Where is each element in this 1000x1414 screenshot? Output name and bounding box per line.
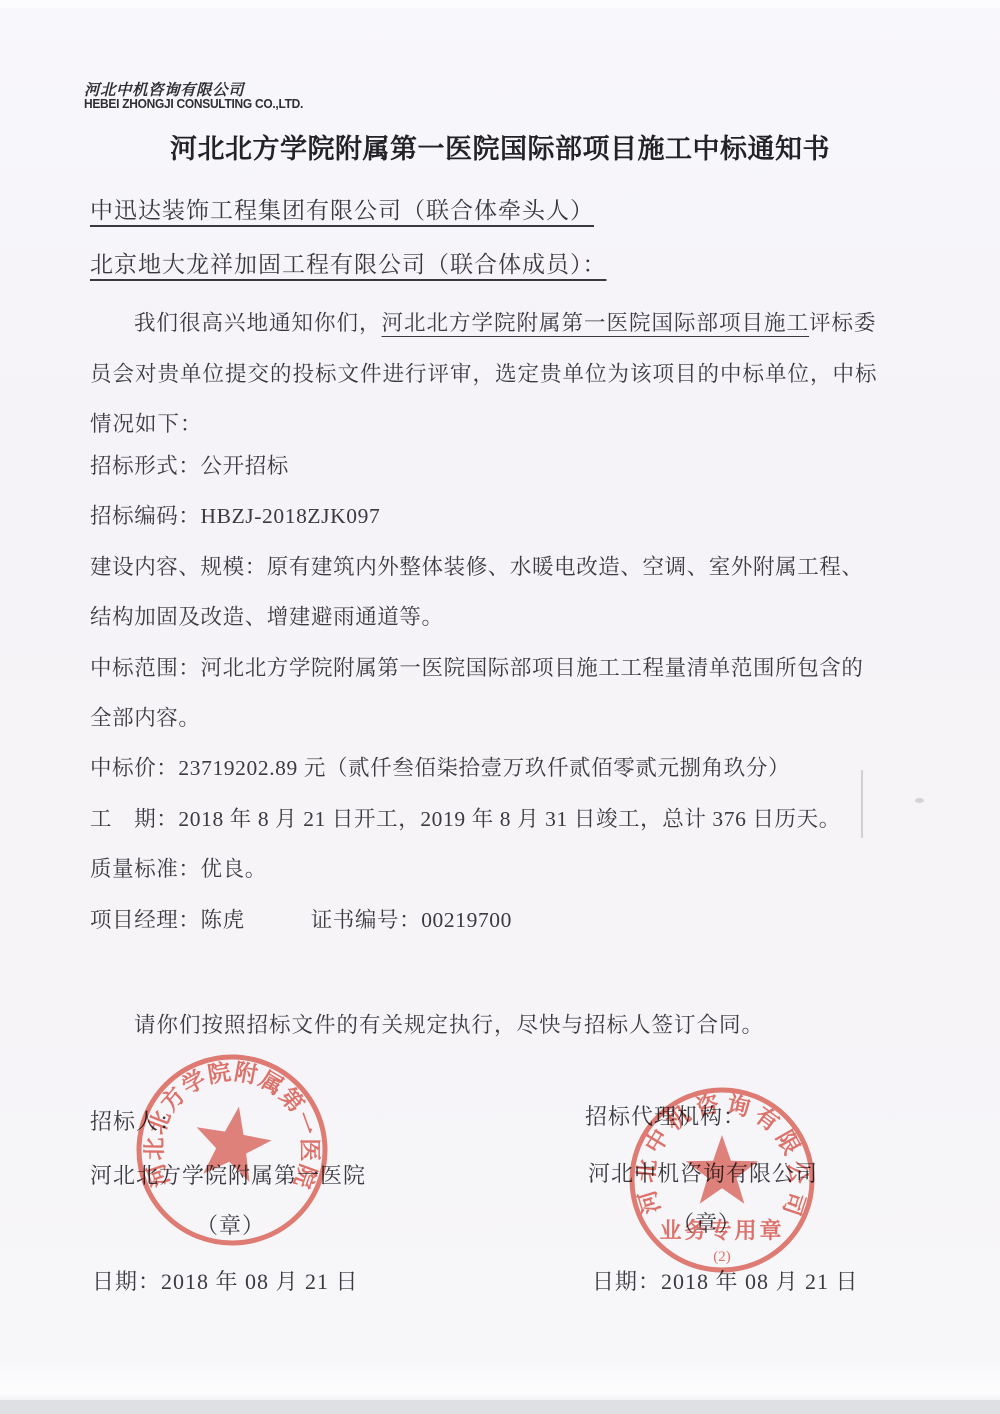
certificate-number: 证书编号：00219700	[311, 908, 512, 932]
tenderee-red-seal-stamp: 河北北方学院附属第一医院	[134, 1052, 330, 1248]
seal-star-icon	[686, 1135, 758, 1204]
intro-line1-post: 评标委	[809, 311, 877, 335]
detail-award-range-line-1: 中标范围：河北北方学院附属第一医院国际部项目施工工程量清单范围所包含的	[90, 643, 940, 693]
detail-award-range-line-2: 全部内容。	[90, 693, 940, 743]
agency-seal-number: (2)	[713, 1249, 731, 1265]
detail-award-price: 中标价：23719202.89 元（贰仟叁佰柒拾壹万玖仟贰佰零贰元捌角玖分）	[90, 743, 940, 793]
detail-scope-line-1: 建设内容、规模：原有建筑内外整体装修、水暖电改造、空调、室外附属工程、	[90, 542, 940, 592]
closing-text: 请你们按照招标文件的有关规定执行，尽快与招标人签订合同。	[134, 1013, 764, 1037]
company-logo-english: HEBEI ZHONGJI CONSULTING CO.,LTD.	[84, 96, 303, 111]
intro-line-2: 员会对贵单位提交的投标文件进行评审，选定贵单位为该项目的中标单位，中标	[90, 349, 926, 400]
detail-tender-code: 招标编码：HBZJ-2018ZJK097	[90, 491, 940, 541]
addressee-member-company: 北京地大龙祥加固工程有限公司（联合体成员）：	[90, 246, 607, 279]
detail-scope-line-2: 结构加固及改造、增建避雨通道等。	[90, 592, 940, 642]
tenderee-date: 日期：2018 年 08 月 21 日	[92, 1265, 359, 1296]
detail-quality-standard: 质量标准：优良。	[90, 844, 940, 894]
bid-details-block: 招标形式：公开招标 招标编码：HBZJ-2018ZJK097 建设内容、规模：原…	[90, 441, 940, 945]
project-manager-name: 项目经理：陈虎	[90, 908, 245, 932]
scan-artifact-speck	[915, 798, 924, 803]
detail-tender-form: 招标形式：公开招标	[90, 441, 940, 491]
intro-paragraph: 我们很高兴地通知你们，河北北方学院附属第一医院国际部项目施工评标委 员会对贵单位…	[90, 298, 926, 450]
detail-construction-period: 工 期：2018 年 8 月 21 日开工，2019 年 8 月 31 日竣工，…	[90, 794, 940, 844]
intro-line-1: 我们很高兴地通知你们，河北北方学院附属第一医院国际部项目施工评标委	[90, 298, 926, 349]
agency-red-seal-stamp: 河北中机咨询有限公司 业务专用章 (2)	[627, 1085, 817, 1275]
intro-line1-pre: 我们很高兴地通知你们，	[134, 311, 382, 335]
paper-edge-top	[0, 0, 1000, 8]
detail-project-manager: 项目经理：陈虎证书编号：00219700	[90, 895, 940, 945]
closing-paragraph: 请你们按照招标文件的有关规定执行，尽快与招标人签订合同。	[90, 1000, 930, 1050]
scanned-document-page: 河北中机咨询有限公司 HEBEI ZHONGJI CONSULTING CO.,…	[0, 0, 1000, 1414]
seal-star-icon	[189, 1100, 276, 1184]
agency-seal-bottom-text: 业务专用章	[659, 1218, 784, 1243]
paper-edge-bottom	[0, 1400, 1000, 1414]
scan-artifact-line	[861, 770, 863, 838]
document-title: 河北北方学院附属第一医院国际部项目施工中标通知书	[0, 127, 1000, 166]
addressee-lead-company: 中迅达装饰工程集团有限公司（联合体牵头人）	[90, 192, 594, 225]
intro-project-name-underlined: 河北北方学院附属第一医院国际部项目施工	[382, 311, 810, 335]
